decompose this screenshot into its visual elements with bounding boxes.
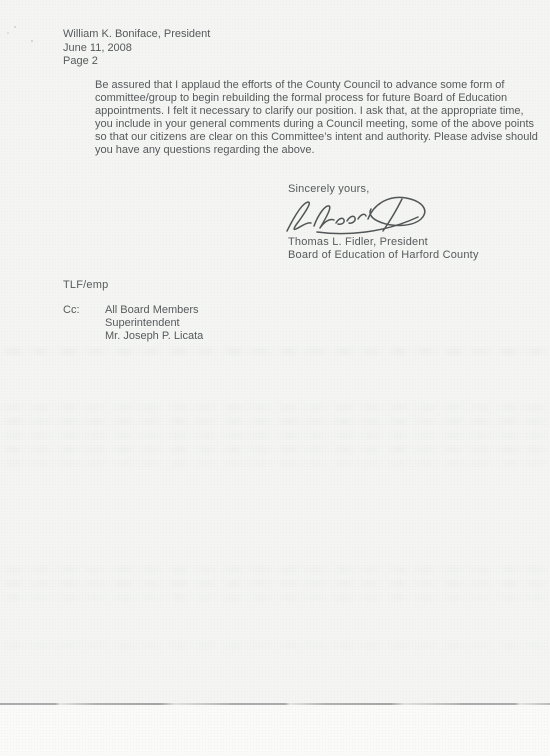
scanned-letter-page: William K. Boniface, President June 11, … <box>0 0 550 756</box>
bleed-through-ghost <box>0 404 550 411</box>
body-line: committee/group to begin rebuilding the … <box>95 92 505 105</box>
bleed-through-ghost <box>0 460 550 467</box>
bleed-through-ghost <box>0 594 550 601</box>
bleed-through-ghost <box>0 446 550 453</box>
scanner-background-strip <box>0 705 550 756</box>
scan-edge-line <box>0 703 550 705</box>
body-line: so that our citizens are clear on this C… <box>95 131 505 144</box>
letter-body: Be assured that I applaud the efforts of… <box>95 79 505 156</box>
recipient-line: William K. Boniface, President <box>63 28 210 42</box>
cc-item: All Board Members <box>105 304 203 317</box>
page-number-line: Page 2 <box>63 55 210 69</box>
cc-label: Cc: <box>63 304 105 344</box>
letter-header: William K. Boniface, President June 11, … <box>63 28 210 69</box>
body-line: appointments. I felt it necessary to cla… <box>95 105 505 118</box>
cc-item: Superintendent <box>105 317 203 330</box>
bleed-through-ghost <box>0 418 550 425</box>
scan-artifact-dot <box>7 32 9 34</box>
bleed-through-ghost <box>0 348 550 355</box>
cc-item: Mr. Joseph P. Licata <box>105 330 203 343</box>
bleed-through-ghost <box>0 642 550 649</box>
typist-initials: TLF/emp <box>63 279 108 291</box>
handwritten-signature <box>284 193 436 239</box>
cc-section: Cc: All Board Members Superintendent Mr.… <box>63 304 203 344</box>
cc-list: All Board Members Superintendent Mr. Jos… <box>105 304 203 344</box>
bleed-through-ghost <box>0 432 550 439</box>
bleed-through-ghost <box>0 566 550 573</box>
body-line: Be assured that I applaud the efforts of… <box>95 79 505 92</box>
signer-name: Thomas L. Fidler, President <box>288 236 428 248</box>
scan-artifact-dot <box>31 40 33 42</box>
scan-artifact-dot <box>14 26 16 28</box>
date-line: June 11, 2008 <box>63 42 210 56</box>
body-line: you have any questions regarding the abo… <box>95 144 505 157</box>
body-line: you include in your general comments dur… <box>95 118 505 131</box>
signer-organization: Board of Education of Harford County <box>288 249 479 261</box>
bleed-through-ghost <box>0 580 550 587</box>
